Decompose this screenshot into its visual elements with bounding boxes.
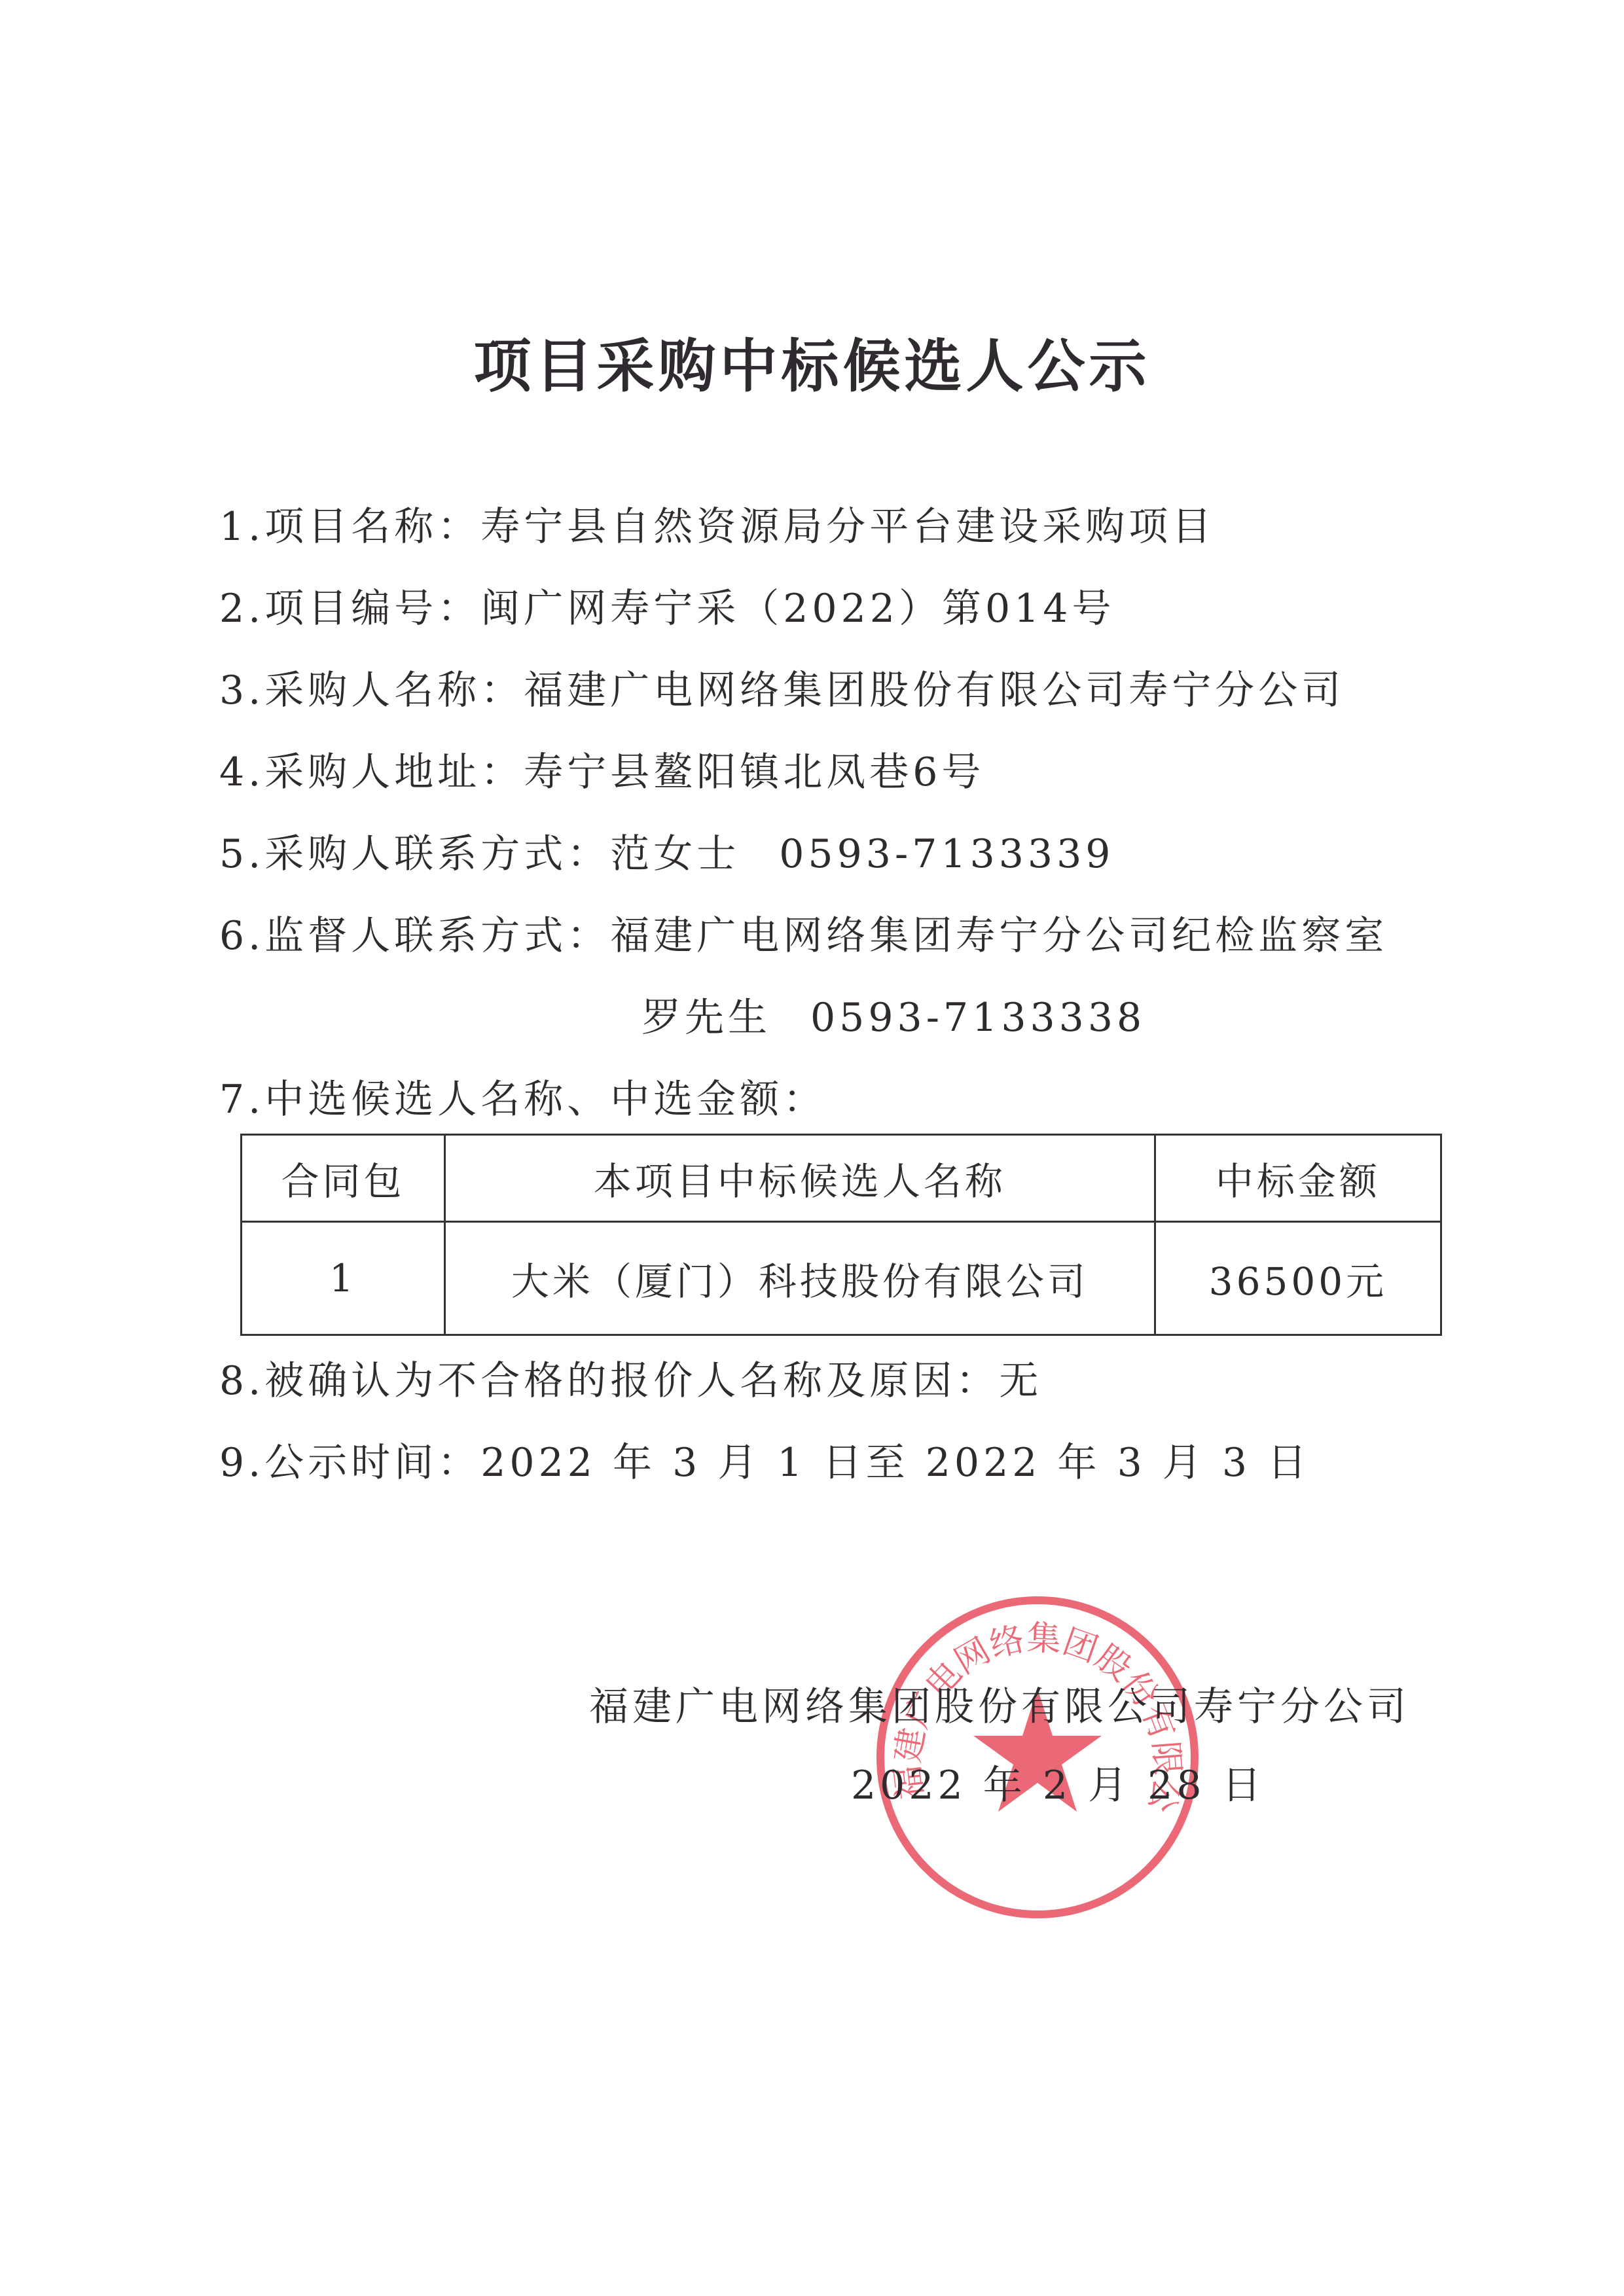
item-purchaser-name: 3.采购人名称：福建广电网络集团股份有限公司寿宁分公司: [219, 664, 1344, 717]
item-value: 寿宁县鳌阳镇北凤巷6号: [524, 749, 984, 795]
item-label: 3.采购人名称：: [219, 668, 524, 713]
item-disqualified: 8.被确认为不合格的报价人名称及原因：无: [219, 1355, 1042, 1407]
item-label: 4.采购人地址：: [219, 749, 524, 795]
item-phone: 0593-7133338: [810, 995, 1146, 1041]
item-label: 1.项目名称：: [219, 504, 480, 550]
table-cell-amount: 36500元: [1155, 1222, 1441, 1335]
item-value: 范女士: [610, 831, 740, 877]
table-header: 中标金额: [1155, 1135, 1441, 1222]
item-label: 9.公示时间：: [219, 1440, 480, 1486]
item-value: 闽广网寿宁采（2022）第014号: [480, 586, 1115, 632]
item-label: 6.监督人联系方式：: [219, 913, 610, 959]
signature-date: 2022 年 2 月 28 日: [851, 1754, 1265, 1810]
item-label: 8.被确认为不合格的报价人名称及原因：: [219, 1358, 999, 1404]
item-phone: 0593-7133339: [779, 831, 1114, 877]
item-purchaser-address: 4.采购人地址：寿宁县鳌阳镇北凤巷6号: [219, 746, 984, 798]
table-cell-package: 1: [242, 1222, 445, 1335]
page-title: 项目采购中标候选人公示: [0, 321, 1624, 403]
item-value: 寿宁县自然资源局分平台建设采购项目: [480, 504, 1215, 550]
signature-organization: 福建广电网络集团股份有限公司寿宁分公司: [589, 1676, 1410, 1732]
item-value: 2022 年 3 月 1 日至 2022 年 3 月 3 日: [480, 1440, 1310, 1486]
candidate-table: 合同包 本项目中标候选人名称 中标金额 1 大米（厦门）科技股份有限公司 365…: [240, 1134, 1442, 1336]
item-candidate-heading: 7.中选候选人名称、中选金额：: [219, 1073, 826, 1126]
item-announcement-period: 9.公示时间：2022 年 3 月 1 日至 2022 年 3 月 3 日: [219, 1437, 1310, 1489]
item-label: 2.项目编号：: [219, 586, 480, 632]
table-cell-candidate: 大米（厦门）科技股份有限公司: [444, 1222, 1155, 1335]
table-row: 1 大米（厦门）科技股份有限公司 36500元: [242, 1222, 1441, 1335]
item-value: 福建广电网络集团寿宁分公司纪检监察室: [610, 913, 1388, 959]
item-project-name: 1.项目名称：寿宁县自然资源局分平台建设采购项目: [219, 501, 1215, 553]
item-label: 7.中选候选人名称、中选金额：: [219, 1077, 826, 1122]
table-header-row: 合同包 本项目中标候选人名称 中标金额: [242, 1135, 1441, 1222]
item-value: 无: [999, 1358, 1042, 1404]
item-contact: 罗先生: [641, 995, 771, 1041]
item-purchaser-contact: 5.采购人联系方式：范女士0593-7133339: [219, 828, 1114, 880]
item-supervisor-person: 罗先生0593-7133338: [641, 992, 1146, 1044]
item-label: 5.采购人联系方式：: [219, 831, 610, 877]
table-header: 本项目中标候选人名称: [444, 1135, 1155, 1222]
table-header: 合同包: [242, 1135, 445, 1222]
item-project-number: 2.项目编号：闽广网寿宁采（2022）第014号: [219, 583, 1115, 635]
item-supervisor-contact: 6.监督人联系方式：福建广电网络集团寿宁分公司纪检监察室: [219, 910, 1388, 962]
item-value: 福建广电网络集团股份有限公司寿宁分公司: [524, 668, 1344, 713]
